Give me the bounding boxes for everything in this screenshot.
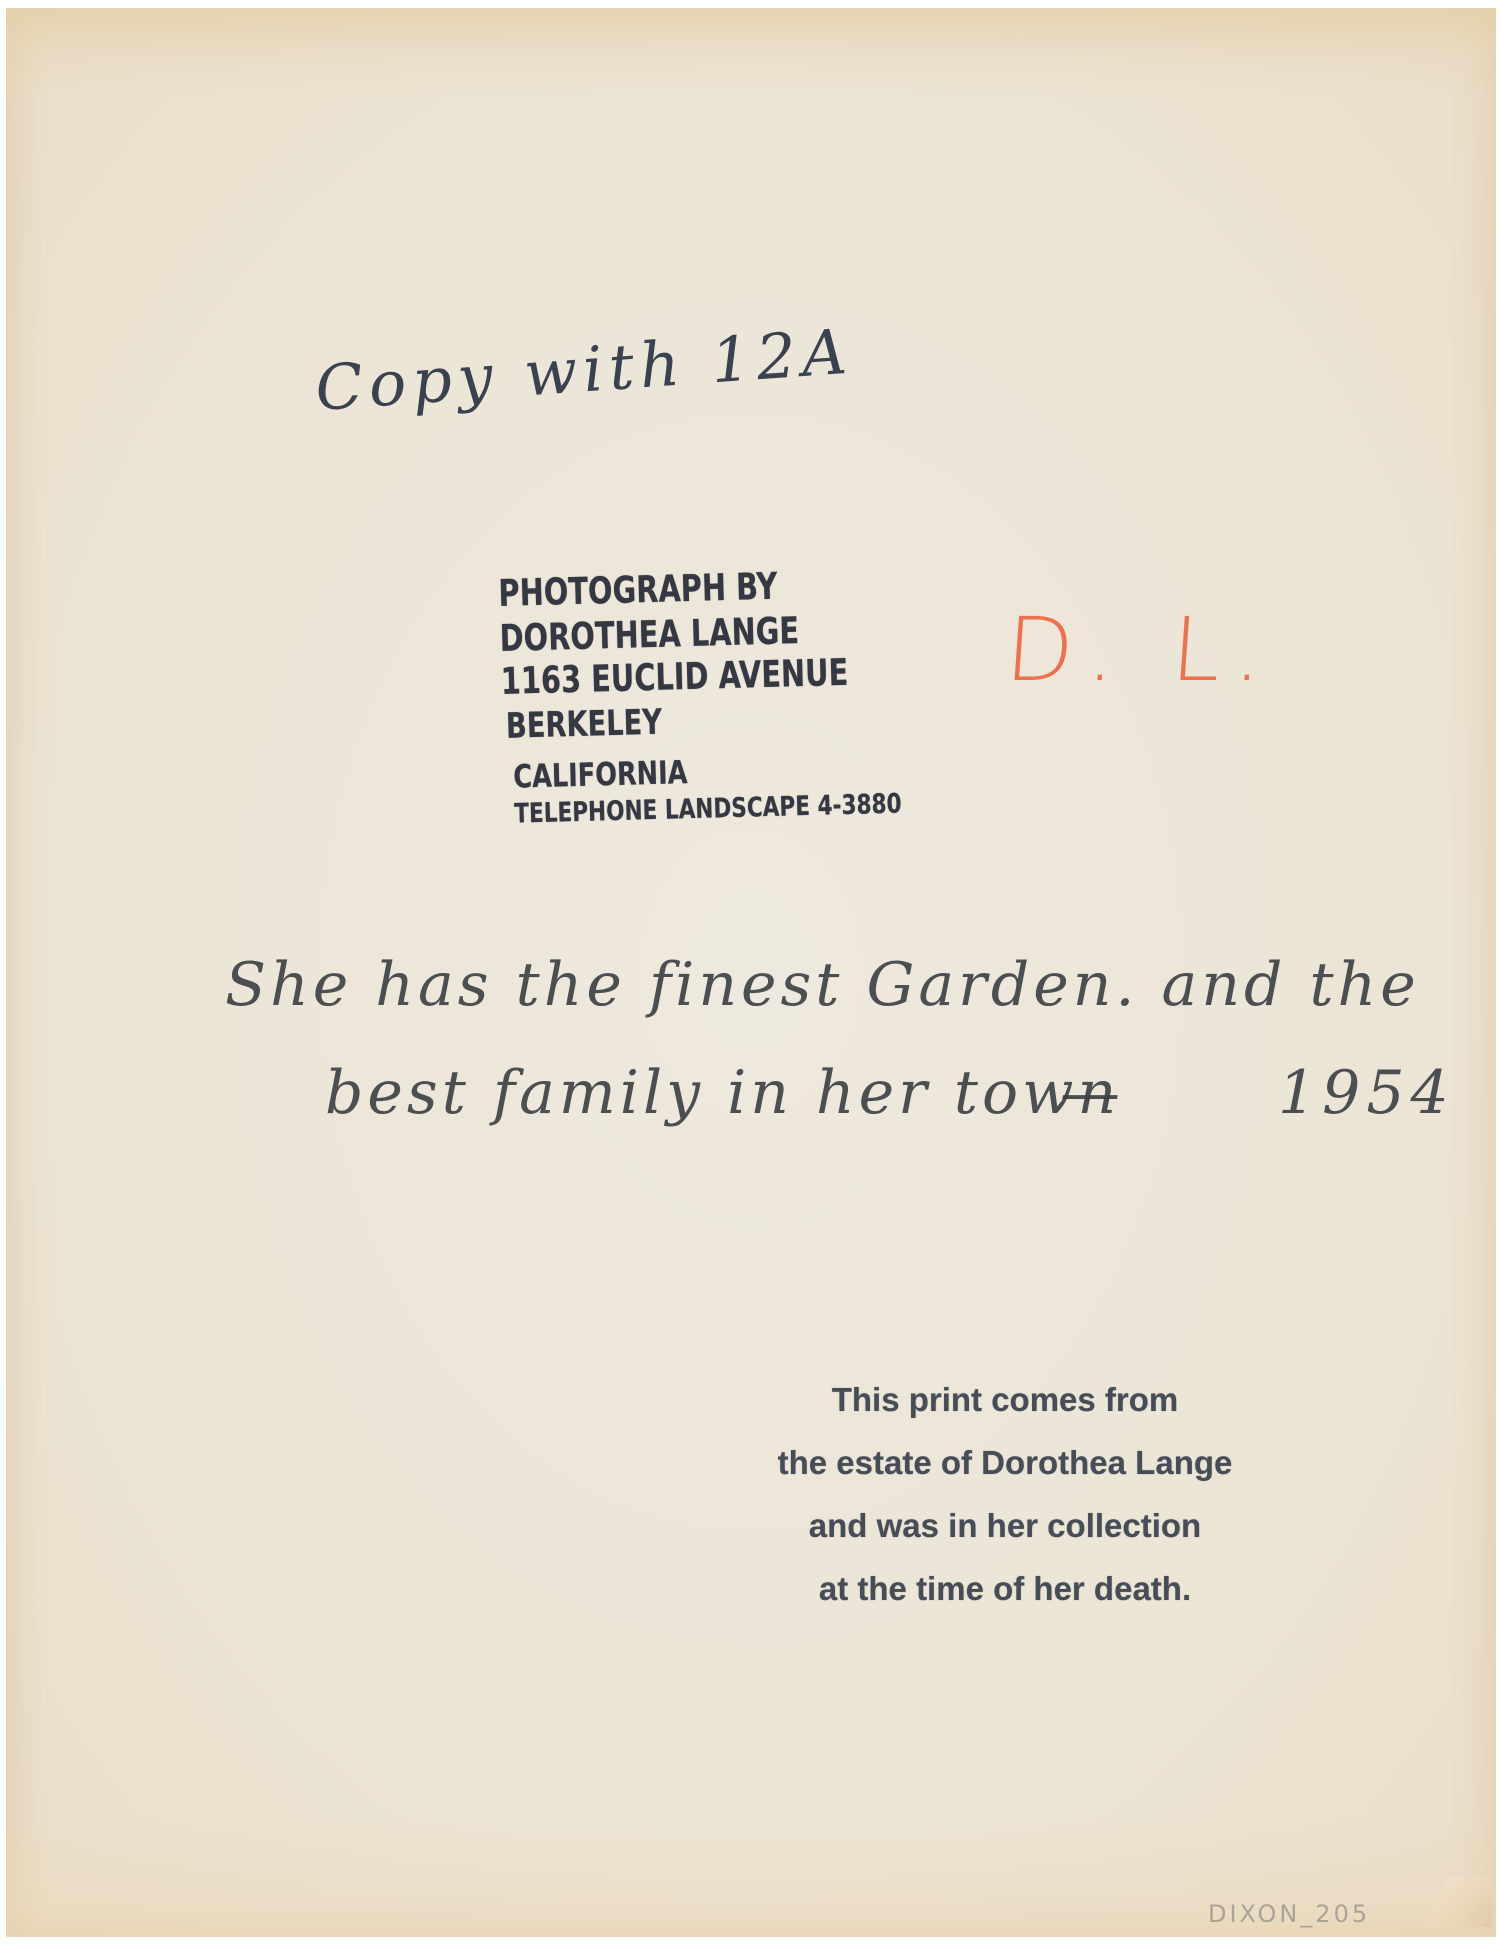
estate-stamp: This print comes from the estate of Doro… (740, 1375, 1270, 1627)
pencil-inventory-number: DIXON_205 (1208, 1900, 1370, 1928)
handwritten-caption-line-2: best family in her town (325, 1058, 1120, 1128)
handwritten-caption-year: 1954 (1278, 1058, 1455, 1128)
estate-stamp-line-4: at the time of her death. (740, 1564, 1270, 1627)
stamp-line-state: CALIFORNIA (513, 751, 901, 793)
handwritten-caption-dash: — (1060, 1058, 1124, 1128)
handwritten-caption-line-1: She has the finest Garden. and the (225, 950, 1420, 1020)
red-pencil-initials: D. L. (1002, 598, 1280, 701)
folded-corner (1422, 1877, 1492, 1927)
stamp-line-city: BERKELEY (506, 700, 889, 745)
estate-stamp-line-3: and was in her collection (740, 1501, 1270, 1564)
estate-stamp-line-1: This print comes from (740, 1375, 1270, 1438)
stamp-line-name: DOROTHEA LANGE (499, 610, 885, 657)
stamp-line-street: 1163 EUCLID AVENUE (500, 653, 886, 700)
estate-stamp-line-2: the estate of Dorothea Lange (740, 1438, 1270, 1501)
photographer-stamp: PHOTOGRAPH BY DOROTHEA LANGE 1163 EUCLID… (498, 562, 999, 828)
stamp-line-photograph-by: PHOTOGRAPH BY (498, 565, 884, 612)
